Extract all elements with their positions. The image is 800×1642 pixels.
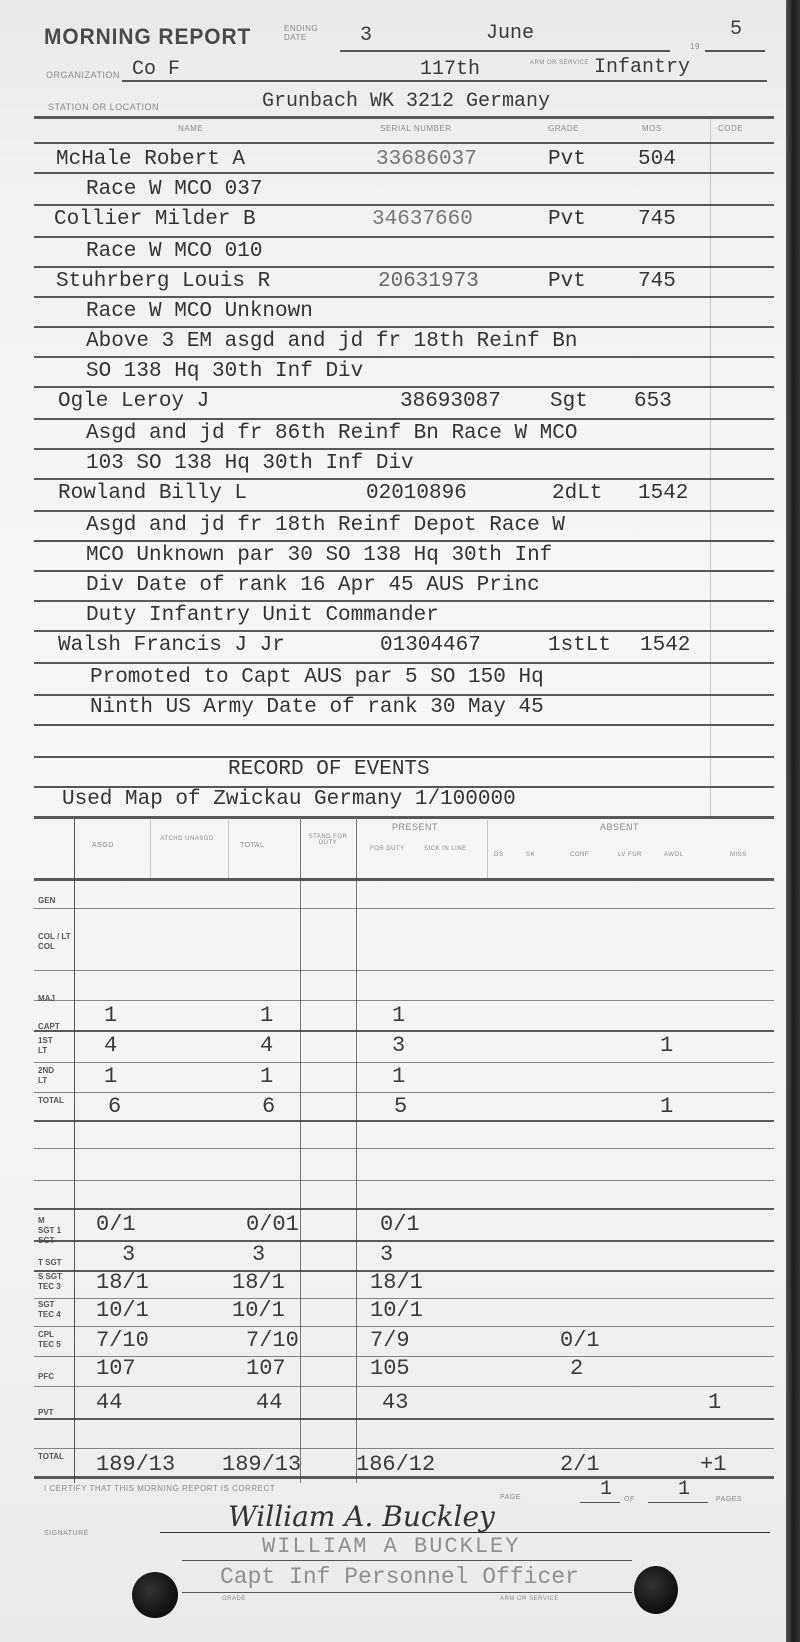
entry-name: McHale Robert A: [56, 148, 245, 171]
row-label: 1ST LT: [38, 1036, 58, 1056]
entry-remark: Duty Infantry Unit Commander: [86, 604, 439, 627]
page-label: PAGE: [500, 1494, 521, 1501]
typed-name: WILLIAM A BUCKLEY: [262, 1534, 520, 1559]
col-header-ds: DS: [494, 852, 503, 858]
entry-grade: Pvt: [548, 270, 586, 293]
row-label: S SGT TEC 3: [38, 1272, 62, 1292]
tsgt-total: 3: [252, 1242, 265, 1267]
entry-mos: 504: [638, 148, 676, 171]
entry-remark: Race W MCO 037: [86, 178, 262, 201]
typed-title: Capt Inf Personnel Officer: [220, 1564, 579, 1590]
morning-report-page: MORNING REPORT ENDING DATE 3 June 19 5 O…: [0, 0, 786, 1642]
capt-present: 1: [392, 1003, 405, 1028]
ending-date-label: ENDING DATE: [284, 24, 334, 42]
report-title: MORNING REPORT: [44, 24, 251, 50]
sgt-total: 10/1: [232, 1298, 285, 1323]
col-header-atchd: ATCHD UNASGD: [152, 836, 222, 842]
entry-serial: 01304467: [380, 634, 481, 657]
organization-arm: Infantry: [594, 56, 690, 79]
year-label: 19: [690, 42, 700, 51]
row-label: GEN: [38, 896, 55, 906]
pvt-present: 43: [382, 1390, 408, 1415]
report-year: 5: [730, 18, 742, 41]
entry-mos: 745: [638, 208, 676, 231]
ssgt-total: 18/1: [232, 1270, 285, 1295]
present-group-header: PRESENT: [392, 822, 438, 832]
sgt-asgd: 10/1: [96, 1298, 149, 1323]
officer-total-absent: 1: [660, 1094, 673, 1119]
ssgt-present: 18/1: [370, 1270, 423, 1295]
1st-lt-total: 4: [260, 1033, 273, 1058]
col-name: NAME: [178, 124, 203, 133]
entry-serial: 20631973: [378, 270, 479, 293]
1st-lt-present: 3: [392, 1033, 405, 1058]
entry-remark: Above 3 EM asgd and jd fr 18th Reinf Bn: [86, 330, 577, 353]
entry-grade: Sgt: [550, 390, 588, 413]
row-label: TOTAL: [38, 1452, 60, 1462]
certify-statement: I CERTIFY THAT THIS MORNING REPORT IS CO…: [44, 1484, 275, 1493]
entry-mos: 1542: [638, 482, 688, 505]
absent-group-header: ABSENT: [600, 822, 639, 832]
entry-name: Collier Milder B: [54, 208, 256, 231]
entry-serial: 34637660: [372, 208, 473, 231]
cpl-asgd: 7/10: [96, 1328, 149, 1353]
ssgt-asgd: 18/1: [96, 1270, 149, 1295]
2nd-lt-total: 1: [260, 1064, 273, 1089]
cpl-absent-ds: 0/1: [560, 1328, 600, 1353]
cpl-present: 7/9: [370, 1328, 410, 1353]
col-serial: SERIAL NUMBER: [380, 124, 452, 133]
date-underline: [340, 50, 670, 52]
entry-remark: Race W MCO Unknown: [86, 300, 313, 323]
pfc-asgd: 107: [96, 1356, 136, 1381]
organization-label: ORGANIZATION: [46, 70, 120, 80]
row-label: TOTAL: [38, 1096, 60, 1106]
cpl-total: 7/10: [246, 1328, 299, 1353]
enlisted-total-total: 189/13: [222, 1452, 301, 1477]
organization-regiment: 117th: [420, 58, 480, 81]
of-label: OF: [624, 1496, 635, 1503]
tsgt-asgd: 3: [122, 1242, 135, 1267]
pfc-absent-ds: 2: [570, 1356, 583, 1381]
entry-grade: 1stLt: [548, 634, 611, 657]
code-column-divider: [710, 118, 711, 818]
arm-label: ARM OR SERVICE: [530, 60, 589, 66]
msgt-total: 0/01: [246, 1212, 299, 1237]
pvt-absent-other: 1: [708, 1390, 721, 1415]
entry-serial: 02010896: [366, 482, 467, 505]
row-label: PVT: [38, 1408, 54, 1418]
pfc-present: 105: [370, 1356, 410, 1381]
col-header-sk: SK: [526, 852, 535, 858]
entry-name: Rowland Billy L: [58, 482, 247, 505]
arm-service-label: ARM OR SERVICE: [500, 1596, 559, 1602]
enlisted-total-asgd: 189/13: [96, 1452, 175, 1477]
col-header-miss: MISS: [730, 852, 747, 858]
seal-stamp-left: [132, 1572, 178, 1618]
pfc-total: 107: [246, 1356, 286, 1381]
officer-total-total: 6: [262, 1094, 275, 1119]
entry-name: Ogle Leroy J: [58, 390, 209, 413]
report-month: June: [486, 22, 534, 45]
organization-underline: [122, 80, 767, 82]
header-rule: [34, 116, 774, 119]
station-value: Grunbach WK 3212 Germany: [262, 90, 550, 113]
col-header-lv-fur: LV FUR: [618, 852, 642, 858]
tsgt-present: 3: [380, 1242, 393, 1267]
pvt-total: 44: [256, 1390, 282, 1415]
2nd-lt-asgd: 1: [104, 1064, 117, 1089]
enlisted-total-absent-other: +1: [700, 1452, 726, 1477]
pvt-asgd: 44: [96, 1390, 122, 1415]
capt-asgd: 1: [104, 1003, 117, 1028]
entry-remark: Div Date of rank 16 Apr 45 AUS Princ: [86, 574, 540, 597]
seal-stamp-right: [634, 1566, 678, 1614]
row-label: SGT TEC 4: [38, 1300, 62, 1320]
row-label: CPL TEC 5: [38, 1330, 62, 1350]
page-number: 1: [600, 1478, 612, 1501]
entry-mos: 653: [634, 390, 672, 413]
entry-remark: Ninth US Army Date of rank 30 May 45: [90, 696, 544, 719]
record-of-events-text: Used Map of Zwickau Germany 1/100000: [62, 788, 516, 811]
entry-remark: Promoted to Capt AUS par 5 SO 150 Hq: [90, 666, 544, 689]
entry-remark: Race W MCO 010: [86, 240, 262, 263]
row-label: PFC: [38, 1372, 54, 1382]
entry-grade: Pvt: [548, 148, 586, 171]
msgt-present: 0/1: [380, 1212, 420, 1237]
total-pages: 1: [678, 1478, 690, 1501]
col-header-conf: CONF: [570, 852, 589, 858]
entry-name: Stuhrberg Louis R: [56, 270, 270, 293]
officer-total-present: 5: [394, 1094, 407, 1119]
station-label: STATION OR LOCATION: [48, 102, 159, 112]
entry-mos: 745: [638, 270, 676, 293]
col-header-for-duty: FOR DUTY: [370, 846, 405, 852]
officer-total-asgd: 6: [108, 1094, 121, 1119]
row-label: COL / LT COL: [38, 932, 72, 952]
grade-label: GRADE: [222, 1596, 246, 1602]
col-mos: MOS: [642, 124, 662, 133]
signature-label: SIGNATURE: [44, 1530, 89, 1537]
signature: William A. Buckley: [228, 1500, 495, 1533]
row-label: MAJ: [38, 994, 55, 1004]
entry-remark: MCO Unknown par 30 SO 138 Hq 30th Inf: [86, 544, 552, 567]
msgt-asgd: 0/1: [96, 1212, 136, 1237]
enlisted-total-absent-ds: 2/1: [560, 1452, 600, 1477]
entry-remark: Asgd and jd fr 86th Reinf Bn Race W MCO: [86, 422, 577, 445]
entry-grade: 2dLt: [552, 482, 602, 505]
pages-label: PAGES: [716, 1496, 742, 1503]
col-header-rule: [34, 142, 774, 144]
entry-name: Walsh Francis J Jr: [58, 634, 285, 657]
enlisted-total-present: 186/12: [356, 1452, 435, 1477]
record-of-events-heading: RECORD OF EVENTS: [228, 758, 430, 781]
entry-remark: SO 138 Hq 30th Inf Div: [86, 360, 363, 383]
col-header-awol: AWOL: [664, 852, 683, 858]
entry-remark: Asgd and jd fr 18th Reinf Depot Race W: [86, 514, 565, 537]
year-underline: [705, 50, 765, 52]
1st-lt-asgd: 4: [104, 1033, 117, 1058]
report-day: 3: [360, 24, 372, 47]
organization-company: Co F: [132, 58, 180, 81]
entry-grade: Pvt: [548, 208, 586, 231]
entry-mos: 1542: [640, 634, 690, 657]
scan-edge: [786, 0, 800, 1642]
entry-serial: 38693087: [400, 390, 501, 413]
col-code: CODE: [718, 124, 743, 133]
row-label: T SGT: [38, 1258, 62, 1268]
sgt-present: 10/1: [370, 1298, 423, 1323]
2nd-lt-present: 1: [392, 1064, 405, 1089]
row-label: 2ND LT: [38, 1066, 58, 1086]
col-header-asgd: ASGD: [92, 842, 114, 849]
capt-total: 1: [260, 1003, 273, 1028]
col-header-stand: STAND FOR DUTY: [302, 834, 354, 846]
col-grade: GRADE: [548, 124, 579, 133]
1st-lt-absent: 1: [660, 1033, 673, 1058]
entry-remark: 103 SO 138 Hq 30th Inf Div: [86, 452, 414, 475]
col-header-total: TOTAL: [240, 842, 264, 849]
col-header-sick: SICK IN LINE: [424, 846, 467, 852]
entry-serial: 33686037: [376, 148, 477, 171]
